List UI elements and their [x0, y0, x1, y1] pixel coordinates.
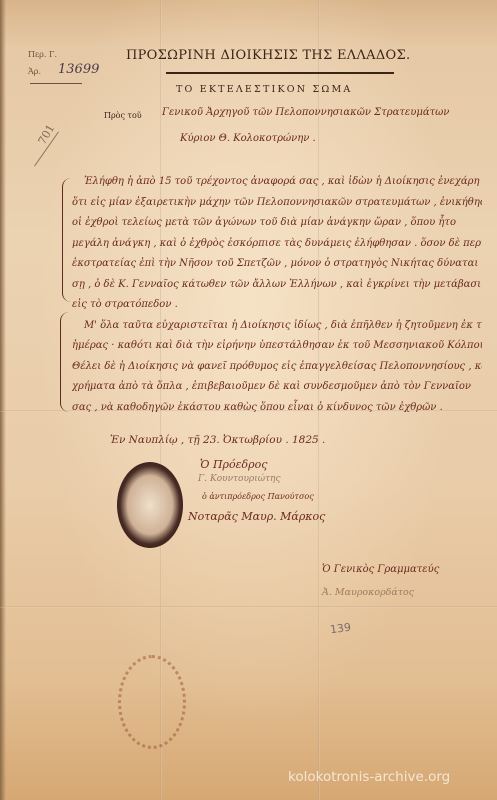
letter-body: Ἐλήφθη ἡ ἀπὸ 15 τοῦ τρέχοντος ἀναφορά σα…	[72, 172, 482, 418]
address-label: Πρὸς τοῦ	[104, 111, 142, 120]
body-line: χρήματα ἀπὸ τὰ ὅπλα , ἐπιβεβαιοῦμεν δὲ κ…	[72, 377, 482, 398]
document-subtitle: ΤΟ ΕΚΤΕΛΕΣΤΙΚΟΝ ΣΩΜΑ	[176, 84, 352, 95]
body-line: σῃ , ὁ δὲ Κ. Γενναῖος κάτωθεν τῶν ἄλλων …	[72, 275, 482, 296]
margin-bracket	[62, 178, 71, 302]
watermark: kolokotronis-archive.org	[288, 769, 450, 785]
president-title: Ὁ Πρόεδρος	[200, 458, 267, 471]
secretary-signature: Ἀ. Μαυροκορδάτος	[322, 587, 414, 598]
vice-president-title: ὁ ἀντιπρόεδρος Πανούτσος	[202, 492, 314, 501]
faint-seal-mark	[118, 655, 186, 749]
body-line: Θέλει δὲ ἡ Διοίκησις νὰ φανεῖ πρόθυμος ε…	[72, 357, 482, 378]
reference-series: Περ. Γ.	[28, 50, 57, 59]
margin-bracket	[60, 312, 69, 412]
fold-line	[0, 606, 497, 608]
body-line: ἡμέρας · καθότι καὶ διὰ τὴν εἰρήνην ὑπεσ…	[72, 336, 482, 357]
date-line: Ἐν Ναυπλίῳ , τῇ 23. Ὀκτωβρίου . 1825 .	[110, 434, 325, 446]
ink-seal	[117, 462, 183, 548]
secretary-title: Ὁ Γενικὸς Γραμματεύς	[322, 564, 439, 575]
address-recipient-name: Κύριον Θ. Κολοκοτρώνην .	[180, 133, 316, 144]
paper-edge	[0, 0, 6, 800]
vice-president-signature: Νοταρᾶς Μαυρ. Μάρκος	[188, 510, 325, 523]
body-line: σας , νὰ καθοδηγῶν ἑκάστου καθὼς ὅπου εἶ…	[72, 398, 482, 419]
body-line: ἐκστρατείας ἐπὶ τὴν Νῆσον τοῦ Σπετζῶν , …	[72, 254, 482, 275]
title-rule	[166, 72, 394, 74]
body-line: Ἐλήφθη ἡ ἀπὸ 15 τοῦ τρέχοντος ἀναφορά σα…	[72, 172, 482, 193]
body-line: οἱ ἐχθροὶ τελείως μετὰ τῶν ἀγώνων τοῦ δι…	[72, 213, 482, 234]
reference-number: 13699	[58, 62, 99, 77]
address-recipient-title: Γενικοῦ Ἀρχηγοῦ τῶν Πελοποννησιακῶν Στρα…	[162, 107, 449, 118]
document-title: ΠΡΟΣΩΡΙΝΗ ΔΙΟΙΚΗΣΙΣ ΤΗΣ ΕΛΛΑΔΟΣ.	[126, 48, 410, 63]
body-line: Μ' ὅλα ταῦτα εὐχαριστεῖται ἡ Διοίκησις ἰ…	[72, 316, 482, 337]
reference-number-label: Άρ.	[28, 67, 41, 76]
reference-underline	[30, 83, 82, 84]
body-line: ὅτι εἰς μίαν ἐξαιρετικὴν μάχην τῶν Πελοπ…	[72, 193, 482, 214]
body-line: μεγάλη ἀνάγκη , καὶ ὁ ἐχθρὸς ἐσκόρπισε τ…	[72, 234, 482, 255]
president-signature: Γ. Κουντουριώτης	[198, 474, 281, 484]
body-line: εἰς τὸ στρατόπεδον .	[72, 295, 482, 316]
